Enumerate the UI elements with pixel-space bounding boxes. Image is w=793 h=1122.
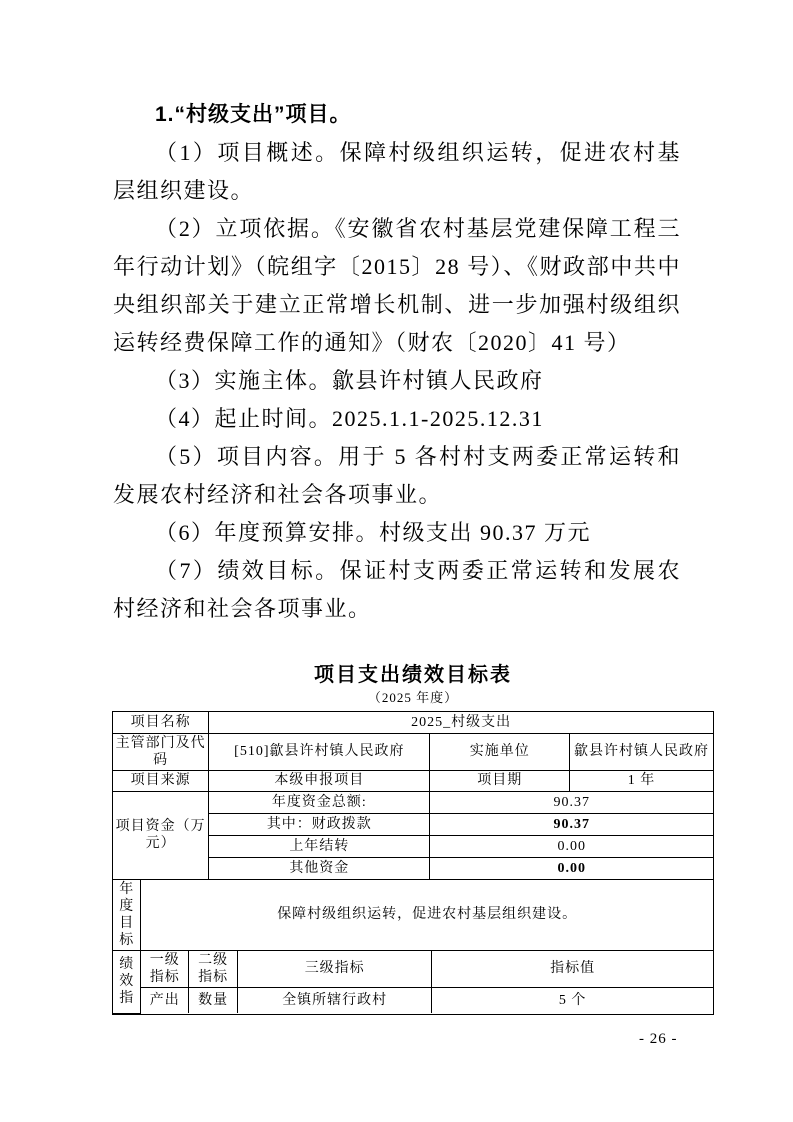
performance-target-table-block: 项目支出绩效目标表 （2025 年度） 项目名称 2025_村级支出 主管部门及… [112, 662, 714, 1015]
indicator-table: 绩效指 一级指标 二级指标 三级指标 指标值 产出 数量 全镇所辖行政村 5 个 [113, 951, 713, 1014]
table-row: 项目资金（万元） 年度资金总额: 90.37 [113, 791, 713, 813]
table-title: 项目支出绩效目标表 [112, 662, 714, 688]
funding-other-label: 其他资金 [209, 857, 430, 879]
annual-goal-value: 保障村级组织运转，促进农村基层组织建设。 [141, 880, 713, 951]
paragraph-overview: （1）项目概述。保障村级组织运转，促进农村基层组织建设。 [113, 134, 681, 210]
table-row: 产出 数量 全镇所辖行政村 5 个 [113, 987, 713, 1013]
table-row: 项目来源 本级申报项目 项目期 1 年 [113, 770, 713, 791]
indicator-level2-cell: 数量 [189, 987, 238, 1013]
impl-unit-label: 实施单位 [430, 733, 570, 770]
table-row: 年度目标 保障村级组织运转，促进农村基层组织建设。 [113, 880, 713, 951]
indicator-level3-header: 三级指标 [238, 951, 432, 988]
indicator-level3-cell: 全镇所辖行政村 [238, 987, 432, 1013]
funding-label: 项目资金（万元） [113, 791, 209, 879]
indicator-value-header: 指标值 [432, 951, 713, 988]
funding-fiscal-label: 其中：财政拨款 [209, 813, 430, 835]
period-label: 项目期 [430, 770, 570, 791]
indicator-level1-cell: 产出 [141, 987, 189, 1013]
funding-total-value: 90.37 [430, 791, 713, 813]
annual-goal-label: 年度目标 [113, 880, 141, 951]
document-page: 1.“村级支出”项目。 （1）项目概述。保障村级组织运转，促进农村基层组织建设。… [0, 0, 793, 1122]
impl-unit-value: 歙县许村镇人民政府 [569, 733, 713, 770]
paragraph-budget: （6）年度预算安排。村级支出 90.37 万元 [113, 514, 681, 552]
funding-carryover-value: 0.00 [430, 835, 713, 857]
funding-other-value: 0.00 [430, 857, 713, 879]
body-text: 1.“村级支出”项目。 （1）项目概述。保障村级组织运转，促进农村基层组织建设。… [113, 96, 681, 628]
table-subtitle: （2025 年度） [112, 690, 714, 706]
dept-label: 主管部门及代码 [113, 733, 209, 770]
paragraph-performance-goal: （7）绩效目标。保证村支两委正常运转和发展农村经济和社会各项事业。 [113, 552, 681, 628]
project-name-label: 项目名称 [113, 712, 209, 733]
source-label: 项目来源 [113, 770, 209, 791]
table-row: 主管部门及代码 [510]歙县许村镇人民政府 实施单位 歙县许村镇人民政府 [113, 733, 713, 770]
source-value: 本级申报项目 [209, 770, 430, 791]
paragraph-implementer: （3）实施主体。歙县许村镇人民政府 [113, 362, 681, 400]
indicator-section-label: 绩效指 [113, 951, 141, 1014]
project-name-value: 2025_村级支出 [209, 712, 713, 733]
section-heading: 1.“村级支出”项目。 [113, 96, 681, 134]
period-value: 1 年 [569, 770, 713, 791]
performance-target-table: 项目名称 2025_村级支出 主管部门及代码 [510]歙县许村镇人民政府 实施… [112, 711, 714, 1015]
indicator-level2-header: 二级指标 [189, 951, 238, 988]
page-number: - 26 - [639, 1031, 678, 1048]
project-info-table: 项目名称 2025_村级支出 主管部门及代码 [510]歙县许村镇人民政府 实施… [113, 712, 713, 880]
annual-goal-table: 年度目标 保障村级组织运转，促进农村基层组织建设。 [113, 880, 713, 951]
indicator-value-cell: 5 个 [432, 987, 713, 1013]
funding-carryover-label: 上年结转 [209, 835, 430, 857]
paragraph-content: （5）项目内容。用于 5 各村村支两委正常运转和发展农村经济和社会各项事业。 [113, 438, 681, 514]
dept-value: [510]歙县许村镇人民政府 [209, 733, 430, 770]
paragraph-duration: （4）起止时间。2025.1.1-2025.12.31 [113, 400, 681, 438]
funding-total-label: 年度资金总额: [209, 791, 430, 813]
indicator-level1-header: 一级指标 [141, 951, 189, 988]
table-row: 绩效指 一级指标 二级指标 三级指标 指标值 [113, 951, 713, 988]
table-row: 项目名称 2025_村级支出 [113, 712, 713, 733]
funding-fiscal-value: 90.37 [430, 813, 713, 835]
paragraph-basis: （2）立项依据。《安徽省农村基层党建保障工程三年行动计划》（皖组字〔2015〕2… [113, 210, 681, 362]
